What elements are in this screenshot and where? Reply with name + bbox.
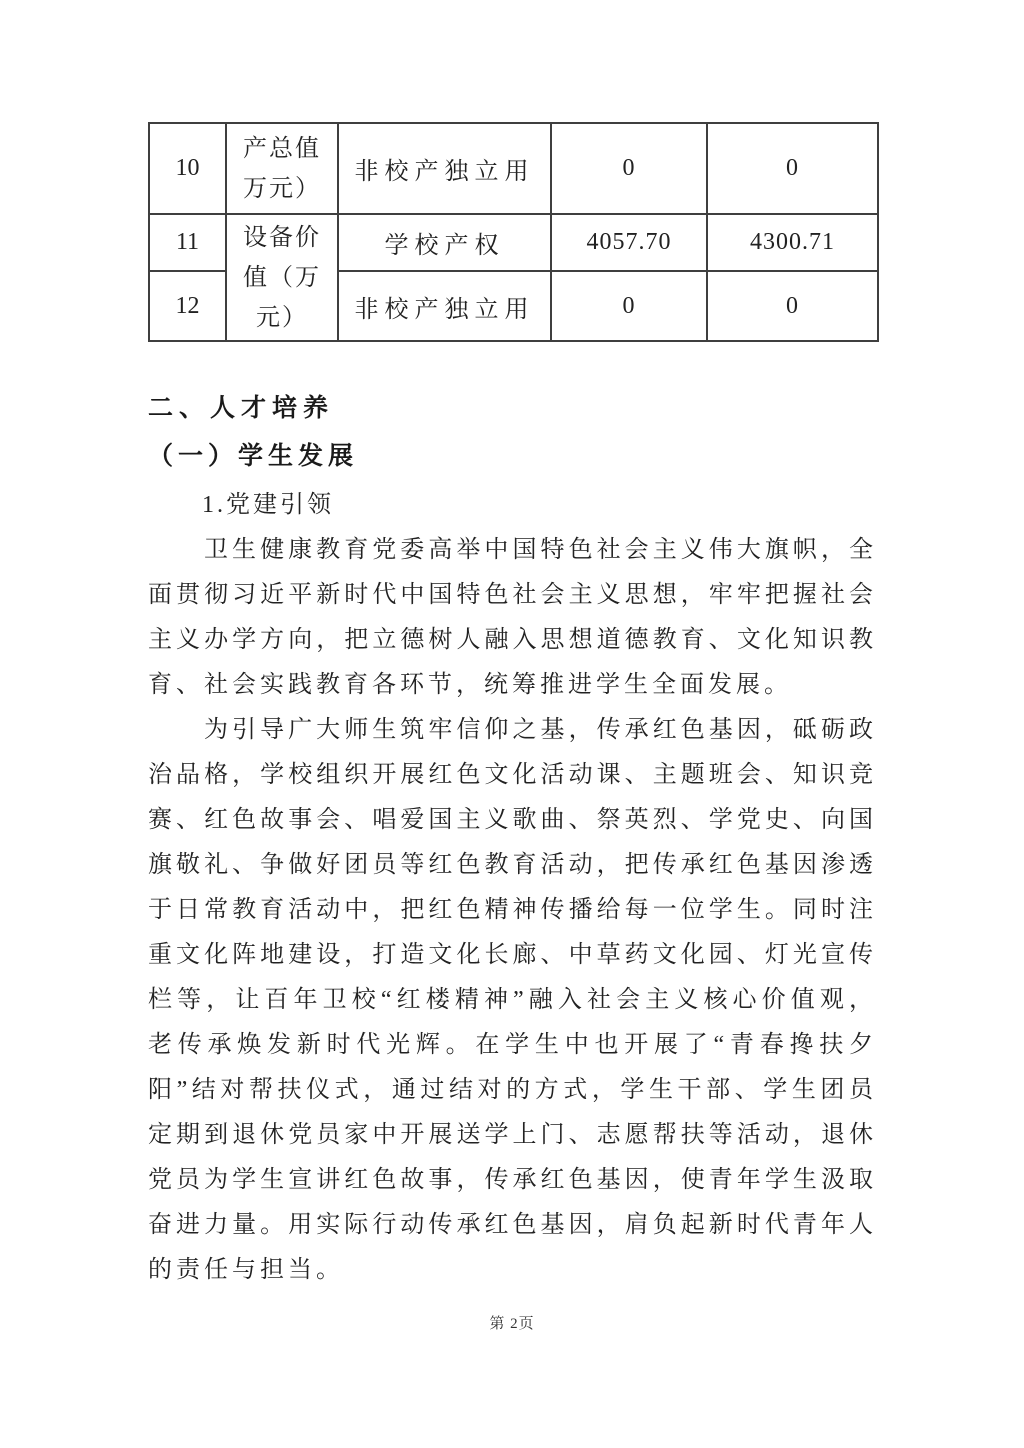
table-row: 10 产总值万元） 非校产独立用 0 0 bbox=[149, 123, 878, 214]
row-number-cell: 11 bbox=[149, 214, 226, 271]
category-cell: 产总值万元） bbox=[226, 123, 338, 214]
category-cell-merged: 设备价值（万元） bbox=[226, 214, 338, 341]
value-cell: 0 bbox=[551, 271, 707, 341]
page-content: 10 产总值万元） 非校产独立用 0 0 11 设备价值（万元） 学校产权 40… bbox=[148, 0, 877, 1293]
subcategory-cell: 学校产权 bbox=[338, 214, 551, 271]
category-label: 设备价值（万元） bbox=[240, 218, 324, 338]
body-paragraph-2: 为引导广大师生筑牢信仰之基，传承红色基因，砥砺政治品格，学校组织开展红色文化活动… bbox=[148, 708, 877, 1293]
section-heading: 二、人才培养 bbox=[148, 386, 877, 432]
value-cell: 4300.71 bbox=[707, 214, 878, 271]
value-cell: 0 bbox=[707, 123, 878, 214]
body-paragraph-1: 卫生健康教育党委高举中国特色社会主义伟大旗帜，全面贯彻习近平新时代中国特色社会主… bbox=[148, 528, 877, 708]
row-number-cell: 12 bbox=[149, 271, 226, 341]
page-number-footer: 第 2页 bbox=[0, 1312, 1024, 1333]
subsection-heading: （一）学生发展 bbox=[148, 432, 877, 482]
subcategory-cell: 非校产独立用 bbox=[338, 123, 551, 214]
item-heading: 1.党建引领 bbox=[148, 482, 877, 528]
document-page: 10 产总值万元） 非校产独立用 0 0 11 设备价值（万元） 学校产权 40… bbox=[0, 0, 1024, 1448]
table-row: 11 设备价值（万元） 学校产权 4057.70 4300.71 bbox=[149, 214, 878, 271]
subcategory-cell: 非校产独立用 bbox=[338, 271, 551, 341]
asset-stats-table: 10 产总值万元） 非校产独立用 0 0 11 设备价值（万元） 学校产权 40… bbox=[148, 122, 879, 342]
value-cell: 0 bbox=[707, 271, 878, 341]
value-cell: 4057.70 bbox=[551, 214, 707, 271]
value-cell: 0 bbox=[551, 123, 707, 214]
row-number-cell: 10 bbox=[149, 123, 226, 214]
category-label: 产总值万元） bbox=[240, 129, 324, 209]
